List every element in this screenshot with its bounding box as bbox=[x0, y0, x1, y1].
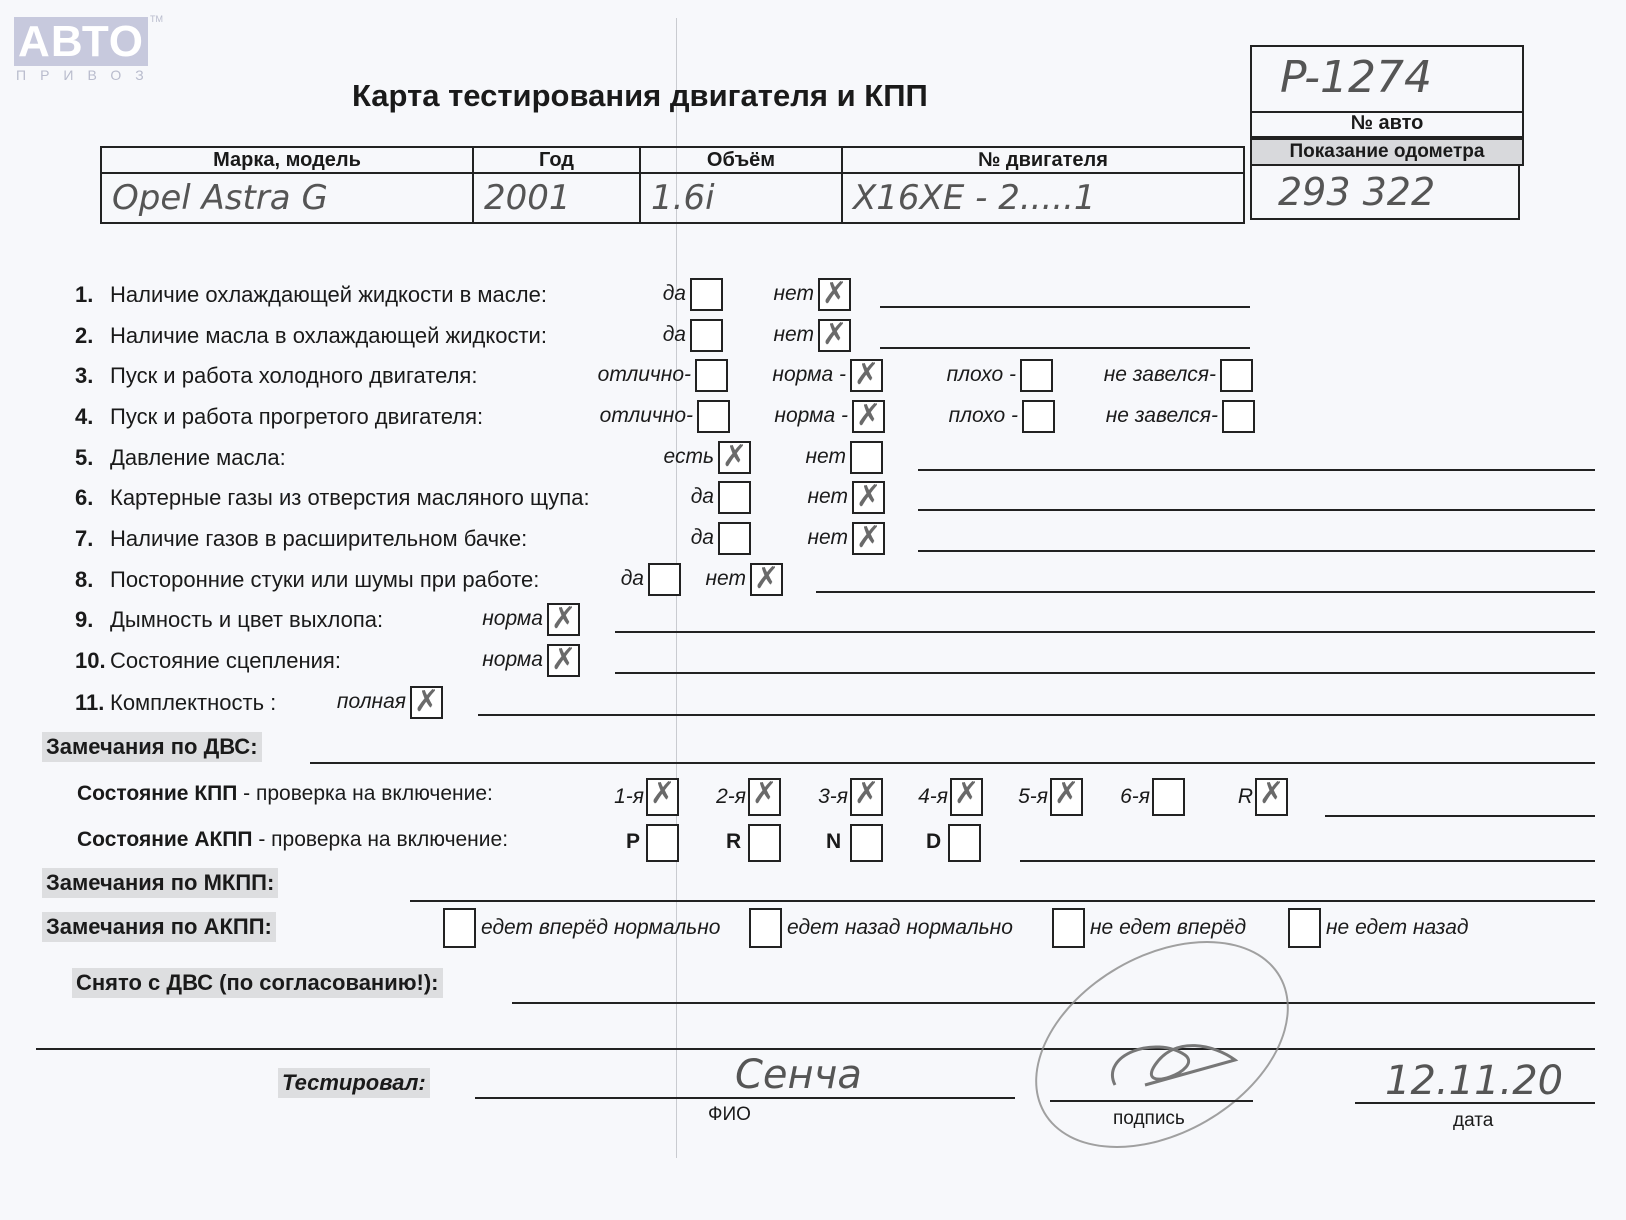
question-text: Комплектность : bbox=[110, 690, 276, 716]
tester-name[interactable]: Сенча bbox=[735, 1052, 862, 1098]
gear-label: 3-я bbox=[808, 785, 848, 809]
question-text: Пуск и работа прогретого двигателя: bbox=[110, 404, 483, 430]
option-label: да bbox=[618, 567, 644, 591]
question-text: Давление масла: bbox=[110, 445, 286, 471]
question-number: 2. bbox=[75, 323, 93, 349]
akpp-remark-label: едет назад нормально bbox=[787, 916, 1013, 940]
gear-checkbox[interactable]: ✗ bbox=[950, 778, 983, 816]
option-label: да bbox=[600, 323, 686, 347]
option-checkbox[interactable]: ✗ bbox=[547, 644, 580, 677]
logo-subtext: ПРИВОЗ bbox=[16, 67, 158, 83]
check-mark-icon: ✗ bbox=[954, 776, 979, 811]
engine-number-value[interactable]: X16XE - 2.....1 bbox=[842, 173, 1244, 223]
position-checkbox[interactable] bbox=[646, 824, 679, 862]
option-label: да bbox=[600, 282, 686, 306]
option-label: норма bbox=[475, 607, 543, 631]
position-label: D bbox=[926, 830, 941, 854]
question-number: 4. bbox=[75, 404, 93, 430]
option-checkbox[interactable] bbox=[850, 441, 883, 474]
gear-label: 6-я bbox=[1112, 785, 1150, 809]
check-mark-icon: ✗ bbox=[856, 479, 881, 514]
date-line bbox=[1355, 1102, 1595, 1104]
option-label: плохо - bbox=[938, 363, 1016, 387]
comment-line[interactable] bbox=[615, 631, 1595, 633]
check-mark-icon: ✗ bbox=[856, 398, 881, 433]
remarks-engine-label: Замечания по ДВС: bbox=[42, 732, 262, 762]
question-number: 5. bbox=[75, 445, 93, 471]
date-caption: дата bbox=[1453, 1110, 1493, 1132]
question-text: Дымность и цвет выхлопа: bbox=[110, 607, 383, 633]
question-text: Пуск и работа холодного двигателя: bbox=[110, 363, 477, 389]
gear-checkbox[interactable]: ✗ bbox=[850, 778, 883, 816]
option-label: полная bbox=[330, 690, 406, 714]
option-label: нет bbox=[802, 445, 846, 469]
option-checkbox[interactable] bbox=[1222, 400, 1255, 433]
check-mark-icon: ✗ bbox=[1054, 776, 1079, 811]
option-label: нет bbox=[766, 282, 814, 306]
comment-line[interactable] bbox=[918, 550, 1595, 552]
option-checkbox[interactable]: ✗ bbox=[818, 319, 851, 352]
name-line bbox=[475, 1097, 1015, 1099]
option-label: плохо - bbox=[940, 404, 1018, 428]
gear-label: 1-я bbox=[608, 785, 644, 809]
question-text: Состояние сцепления: bbox=[110, 648, 341, 674]
check-mark-icon: ✗ bbox=[754, 561, 779, 596]
gear-label: 5-я bbox=[1010, 785, 1048, 809]
year-value[interactable]: 2001 bbox=[473, 173, 640, 223]
question-text: Наличие масла в охлаждающей жидкости: bbox=[110, 323, 547, 349]
question-number: 11. bbox=[75, 690, 104, 716]
check-mark-icon: ✗ bbox=[551, 601, 576, 636]
question-text: Картерные газы из отверстия масляного щу… bbox=[110, 485, 590, 511]
option-label: норма - bbox=[766, 363, 846, 387]
signature-caption: подпись bbox=[1113, 1108, 1185, 1130]
option-checkbox[interactable]: ✗ bbox=[718, 441, 751, 474]
header-model: Марка, модель bbox=[101, 147, 473, 173]
question-number: 3. bbox=[75, 363, 93, 389]
auto-gearbox-line[interactable] bbox=[1020, 860, 1595, 862]
auto-number-label: № авто bbox=[1250, 110, 1524, 138]
option-label: есть bbox=[657, 445, 714, 469]
gear-label: 4-я bbox=[910, 785, 948, 809]
comment-line[interactable] bbox=[615, 672, 1595, 674]
option-checkbox[interactable]: ✗ bbox=[852, 522, 885, 555]
remarks-manual-line[interactable] bbox=[410, 900, 1595, 902]
question-number: 9. bbox=[75, 607, 93, 633]
question-text: Наличие газов в расширительном бачке: bbox=[110, 526, 527, 552]
removed-line[interactable] bbox=[512, 1002, 1595, 1004]
model-value[interactable]: Opel Astra G bbox=[101, 173, 473, 223]
akpp-remark-checkbox[interactable] bbox=[1288, 908, 1321, 948]
signature-line bbox=[1050, 1100, 1253, 1102]
position-label: N bbox=[826, 830, 841, 854]
name-caption: ФИО bbox=[708, 1104, 751, 1126]
akpp-remark-label: не едет вперёд bbox=[1090, 916, 1246, 940]
option-label: отлично- bbox=[578, 404, 693, 428]
gear-label: 2-я bbox=[708, 785, 746, 809]
check-mark-icon: ✗ bbox=[822, 276, 847, 311]
check-mark-icon: ✗ bbox=[856, 520, 881, 555]
question-number: 10. bbox=[75, 648, 106, 674]
option-label: норма - bbox=[768, 404, 848, 428]
position-checkbox[interactable] bbox=[748, 824, 781, 862]
volume-value[interactable]: 1.6i bbox=[640, 173, 842, 223]
option-checkbox[interactable] bbox=[718, 481, 751, 514]
question-number: 8. bbox=[75, 567, 93, 593]
removed-line-2[interactable] bbox=[36, 1048, 1595, 1050]
option-label: не завелся- bbox=[1100, 404, 1218, 428]
test-date[interactable]: 12.11.20 bbox=[1385, 1058, 1563, 1104]
question-number: 6. bbox=[75, 485, 93, 511]
check-mark-icon: ✗ bbox=[551, 642, 576, 677]
manual-gearbox-line[interactable] bbox=[1325, 815, 1595, 817]
akpp-remark-checkbox[interactable] bbox=[1052, 908, 1085, 948]
gear-checkbox[interactable] bbox=[1152, 778, 1185, 816]
position-label: R bbox=[726, 830, 741, 854]
position-checkbox[interactable] bbox=[948, 824, 981, 862]
question-text: Посторонние стуки или шумы при работе: bbox=[110, 567, 539, 593]
header-volume: Объём bbox=[640, 147, 842, 173]
check-mark-icon: ✗ bbox=[854, 357, 879, 392]
auto-gearbox-label: Состояние АКПП - проверка на включение: bbox=[77, 828, 508, 852]
question-text: Наличие охлаждающей жидкости в масле: bbox=[110, 282, 547, 308]
option-checkbox[interactable]: ✗ bbox=[410, 686, 443, 719]
option-label: нет bbox=[700, 567, 746, 591]
option-checkbox[interactable] bbox=[695, 359, 728, 392]
remarks-manual-label: Замечания по МКПП: bbox=[42, 868, 278, 898]
gear-checkbox[interactable]: ✗ bbox=[1255, 778, 1288, 816]
comment-line[interactable] bbox=[880, 306, 1250, 308]
option-label: не завелся- bbox=[1098, 363, 1216, 387]
check-mark-icon: ✗ bbox=[414, 684, 439, 719]
option-label: норма bbox=[475, 648, 543, 672]
option-checkbox[interactable] bbox=[690, 319, 723, 352]
gear-label: R bbox=[1230, 785, 1253, 809]
akpp-remark-checkbox[interactable] bbox=[749, 908, 782, 948]
option-checkbox[interactable] bbox=[690, 278, 723, 311]
option-checkbox[interactable]: ✗ bbox=[850, 359, 883, 392]
logo-trademark: TM bbox=[150, 14, 163, 24]
comment-line[interactable] bbox=[478, 714, 1595, 716]
option-checkbox[interactable]: ✗ bbox=[547, 603, 580, 636]
option-checkbox[interactable] bbox=[1220, 359, 1253, 392]
gear-checkbox[interactable]: ✗ bbox=[646, 778, 679, 816]
header-engine-number: № двигателя bbox=[842, 147, 1244, 173]
position-label: P bbox=[626, 830, 640, 854]
option-label: нет bbox=[802, 485, 848, 509]
odometer-label: Показание одометра bbox=[1250, 138, 1524, 166]
removed-label: Снято с ДВС (по согласованию!): bbox=[72, 968, 443, 998]
option-checkbox[interactable] bbox=[648, 563, 681, 596]
option-checkbox[interactable] bbox=[1022, 400, 1055, 433]
option-label: нет bbox=[766, 323, 814, 347]
comment-line[interactable] bbox=[918, 509, 1595, 511]
manual-gearbox-label: Состояние КПП - проверка на включение: bbox=[77, 782, 493, 806]
position-checkbox[interactable] bbox=[850, 824, 883, 862]
auto-number-box[interactable]: P-1274 bbox=[1250, 45, 1524, 113]
remarks-engine-line[interactable] bbox=[310, 762, 1595, 764]
akpp-remark-checkbox[interactable] bbox=[443, 908, 476, 948]
check-mark-icon: ✗ bbox=[650, 776, 675, 811]
remarks-auto-label: Замечания по АКПП: bbox=[42, 912, 276, 942]
gear-checkbox[interactable]: ✗ bbox=[748, 778, 781, 816]
header-year: Год bbox=[473, 147, 640, 173]
option-label: отлично- bbox=[577, 363, 691, 387]
option-checkbox[interactable] bbox=[718, 522, 751, 555]
question-number: 7. bbox=[75, 526, 93, 552]
akpp-remark-label: не едет назад bbox=[1326, 916, 1468, 940]
option-checkbox[interactable]: ✗ bbox=[750, 563, 783, 596]
check-mark-icon: ✗ bbox=[752, 776, 777, 811]
akpp-remark-label: едет вперёд нормально bbox=[481, 916, 720, 940]
option-label: да bbox=[686, 485, 714, 509]
logo: АВТО bbox=[14, 17, 148, 66]
check-mark-icon: ✗ bbox=[1259, 776, 1284, 811]
vehicle-table: Марка, модель Год Объём № двигателя Opel… bbox=[100, 146, 1245, 224]
question-number: 1. bbox=[75, 282, 93, 308]
comment-line[interactable] bbox=[918, 469, 1595, 471]
comment-line[interactable] bbox=[880, 347, 1250, 349]
check-mark-icon: ✗ bbox=[854, 776, 879, 811]
option-checkbox[interactable]: ✗ bbox=[818, 278, 851, 311]
option-checkbox[interactable]: ✗ bbox=[852, 481, 885, 514]
option-label: нет bbox=[802, 526, 848, 550]
comment-line[interactable] bbox=[816, 591, 1595, 593]
odometer-value[interactable]: 293 322 bbox=[1250, 164, 1520, 220]
gear-checkbox[interactable]: ✗ bbox=[1050, 778, 1083, 816]
page-title: Карта тестирования двигателя и КПП bbox=[352, 78, 928, 114]
option-label: да bbox=[686, 526, 714, 550]
check-mark-icon: ✗ bbox=[722, 439, 747, 474]
auto-number-value: P-1274 bbox=[1252, 47, 1522, 109]
check-mark-icon: ✗ bbox=[822, 317, 847, 352]
option-checkbox[interactable] bbox=[1020, 359, 1053, 392]
option-checkbox[interactable]: ✗ bbox=[852, 400, 885, 433]
tested-by-label: Тестировал: bbox=[278, 1068, 430, 1098]
option-checkbox[interactable] bbox=[697, 400, 730, 433]
